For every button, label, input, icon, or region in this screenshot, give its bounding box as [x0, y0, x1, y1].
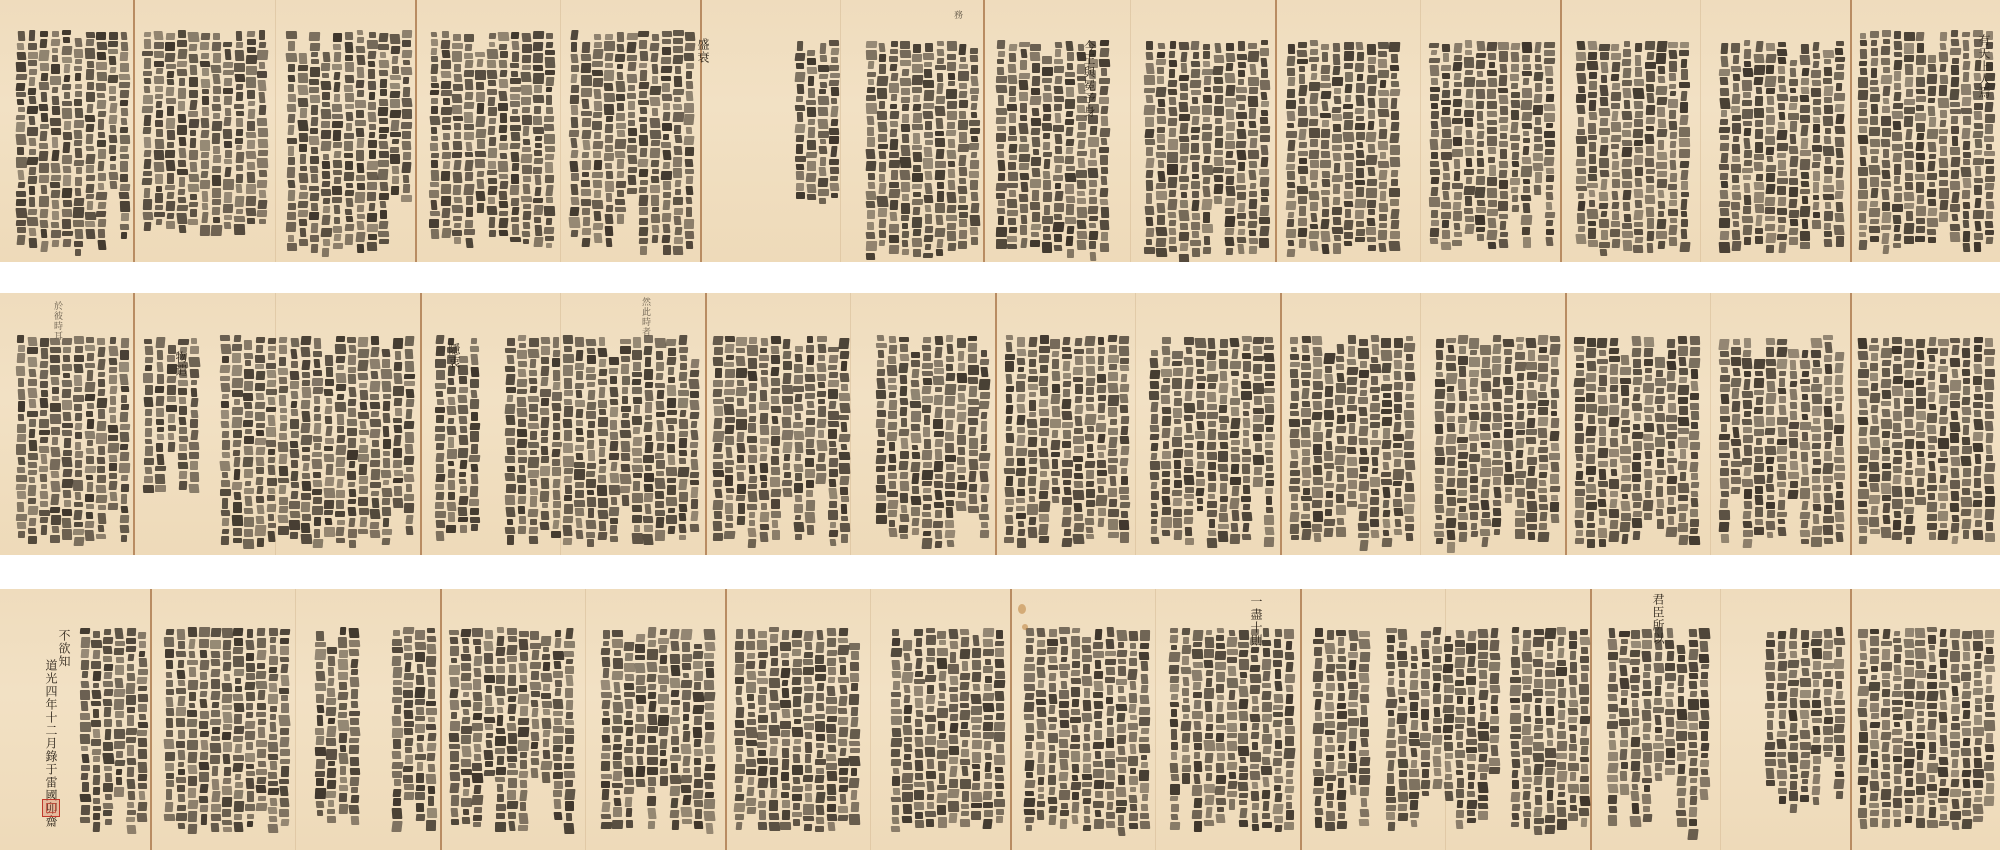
text-column: [805, 336, 816, 537]
text-column: [946, 41, 957, 252]
text-column: [39, 338, 50, 538]
text-column: [1343, 42, 1354, 249]
text-column: [658, 629, 669, 788]
text-column: [404, 336, 415, 537]
text-column: [177, 30, 188, 235]
text-column: [1093, 629, 1104, 831]
text-column: [968, 336, 979, 515]
text-column: [889, 41, 900, 256]
text-column: [461, 629, 472, 826]
text-column: [1666, 339, 1677, 540]
text-column: [1446, 338, 1457, 555]
text-column: [1510, 627, 1521, 829]
column-heading: 今王與冕予身: [1083, 40, 1095, 118]
text-column: [1019, 42, 1030, 250]
text-column: [1336, 630, 1347, 831]
text-column: [1858, 338, 1869, 546]
marginal-note: 然此時者: [640, 297, 649, 337]
text-column: [1347, 335, 1358, 508]
text-column: [806, 50, 817, 202]
text-column: [666, 339, 677, 536]
text-column: [724, 336, 735, 541]
text-column: [137, 632, 148, 824]
text-column: [956, 338, 967, 513]
text-column: [1742, 40, 1753, 247]
text-column: [1904, 628, 1915, 825]
text-column: [1607, 628, 1618, 828]
text-column: [188, 32, 199, 227]
text-column: [684, 32, 695, 252]
text-column: [50, 31, 61, 249]
text-column: [1881, 338, 1892, 539]
text-column: [415, 630, 426, 823]
text-column: [164, 629, 175, 822]
text-column: [1904, 32, 1915, 246]
text-column: [704, 629, 715, 835]
text-column: [1218, 339, 1229, 544]
text-column: [232, 335, 243, 545]
text-column: [1181, 628, 1192, 786]
text-column: [119, 338, 130, 544]
text-column: [1386, 628, 1397, 834]
text-column: [902, 640, 913, 825]
text-column: [1172, 351, 1183, 541]
text-column: [1678, 336, 1689, 546]
text-column: [1973, 337, 1984, 541]
text-column: [935, 41, 946, 258]
marginal-note: 於彼時耳: [52, 301, 61, 341]
text-column: [298, 53, 309, 248]
text-column: [1312, 336, 1323, 544]
text-column: [586, 339, 597, 549]
text-column: [505, 338, 516, 548]
text-column: [816, 336, 827, 486]
text-column: [849, 643, 860, 827]
text-column: [245, 629, 256, 829]
text-column: [757, 631, 768, 832]
text-column: [1039, 335, 1050, 546]
text-column: [312, 338, 323, 550]
panel-fold: [560, 0, 561, 262]
text-column: [1521, 42, 1532, 249]
text-column: [1443, 636, 1454, 803]
panel-seam: [1850, 589, 1852, 850]
text-column: [472, 628, 483, 830]
text-column: [1179, 42, 1190, 262]
text-column: [747, 337, 758, 550]
text-column: [1533, 629, 1544, 837]
panel-seam: [1560, 0, 1562, 262]
text-column: [1248, 43, 1259, 255]
text-column: [910, 352, 921, 538]
text-column: [1973, 630, 1984, 824]
text-column: [1355, 42, 1366, 245]
text-column: [1480, 345, 1491, 549]
text-column: [62, 30, 73, 248]
text-column: [378, 33, 389, 247]
text-column: [367, 32, 378, 254]
text-column: [1645, 41, 1656, 255]
text-column: [1469, 338, 1480, 539]
text-column: [1195, 338, 1206, 513]
text-column: [866, 41, 877, 262]
text-column: [1161, 337, 1172, 538]
text-column: [85, 337, 96, 543]
text-column: [551, 337, 562, 540]
text-column: [1719, 43, 1730, 254]
text-column: [891, 629, 902, 834]
text-column: [1042, 56, 1053, 255]
text-column: [1610, 44, 1621, 250]
text-column: [1630, 630, 1641, 829]
text-column: [1213, 43, 1224, 206]
text-column: [612, 630, 623, 831]
text-column: [1397, 629, 1408, 823]
text-column: [73, 38, 84, 258]
text-column: [233, 628, 244, 834]
text-column: [1466, 631, 1477, 825]
text-column: [564, 628, 575, 836]
text-column: [1811, 631, 1822, 807]
text-column: [876, 335, 887, 526]
panel-seam: [995, 293, 997, 555]
text-column: [818, 43, 829, 206]
text-column: [1324, 353, 1335, 539]
text-column: [887, 336, 898, 539]
text-column: [609, 357, 620, 543]
text-column: [1731, 339, 1742, 496]
text-column: [165, 33, 176, 232]
text-column: [222, 628, 233, 834]
text-column: [829, 40, 840, 200]
column-heading: 君臣所以: [1652, 593, 1664, 645]
text-column: [983, 628, 994, 831]
text-column: [321, 52, 332, 259]
text-column: [1475, 41, 1486, 244]
panel-fold: [295, 589, 296, 850]
text-column: [1800, 630, 1811, 804]
text-column: [1765, 632, 1776, 789]
row-separator: [0, 555, 2000, 589]
text-column: [1823, 629, 1834, 759]
text-column: [1961, 631, 1972, 831]
text-column: [1568, 631, 1579, 824]
text-column: [958, 44, 969, 251]
text-column: [358, 337, 369, 536]
text-column: [899, 337, 910, 542]
panel-seam: [415, 0, 417, 262]
text-column: [1556, 627, 1567, 832]
column-heading: 不欲知: [58, 629, 70, 668]
text-column: [1538, 335, 1549, 544]
text-column: [278, 337, 289, 536]
text-column: [615, 32, 626, 226]
panel-seam: [1850, 0, 1852, 262]
text-column: [39, 31, 50, 254]
text-column: [1927, 627, 1938, 830]
text-column: [393, 338, 404, 510]
text-column: [912, 44, 923, 259]
text-column: [1823, 335, 1834, 546]
text-column: [948, 629, 959, 825]
text-column: [925, 628, 936, 829]
text-column: [638, 31, 649, 257]
text-column: [900, 41, 911, 257]
panel-fold: [275, 0, 276, 262]
text-column: [1225, 43, 1236, 257]
panel-seam: [705, 293, 707, 555]
text-column: [1869, 31, 1880, 243]
text-column: [1984, 338, 1995, 544]
text-column: [736, 337, 747, 526]
paper-stain: [1018, 604, 1026, 614]
panel-seam: [1275, 0, 1277, 262]
text-column: [370, 336, 381, 540]
text-column: [1742, 338, 1753, 550]
text-column: [1301, 336, 1312, 542]
text-column: [1858, 629, 1869, 831]
text-column: [256, 628, 267, 813]
text-column: [126, 628, 137, 836]
text-column: [1823, 50, 1834, 249]
text-column: [510, 32, 521, 244]
text-column: [1549, 336, 1560, 525]
text-column: [770, 336, 781, 542]
row-separator: [0, 262, 2000, 293]
text-column: [1478, 629, 1489, 822]
column-heading: 有天上人焉: [1978, 34, 1990, 99]
text-column: [792, 630, 803, 828]
text-column: [1030, 44, 1041, 249]
text-column: [458, 356, 469, 534]
text-column: [1378, 42, 1389, 254]
text-column: [1938, 629, 1949, 829]
text-column: [574, 337, 585, 541]
text-column: [1215, 628, 1226, 825]
text-column: [1393, 338, 1404, 537]
text-column: [933, 336, 944, 550]
text-column: [1073, 338, 1084, 545]
text-column: [971, 635, 982, 821]
text-column: [96, 32, 107, 253]
column-heading: 隱衷: [448, 343, 460, 369]
text-column: [1105, 627, 1116, 830]
text-column: [484, 630, 495, 778]
text-column: [324, 355, 335, 540]
text-column: [475, 52, 486, 215]
text-column: [1892, 31, 1903, 251]
text-column: [16, 335, 27, 541]
text-column: [1230, 338, 1241, 546]
text-column: [1777, 631, 1788, 807]
text-column: [1927, 55, 1938, 246]
text-column: [681, 629, 692, 826]
text-column: [286, 31, 297, 253]
text-column: [1144, 41, 1155, 256]
text-column: [1047, 629, 1058, 827]
text-column: [1457, 335, 1468, 543]
text-column: [734, 629, 745, 833]
text-column: [441, 31, 452, 240]
text-column: [1984, 630, 1995, 808]
text-column: [1085, 336, 1096, 541]
text-column: [1656, 41, 1667, 252]
text-column: [155, 337, 166, 494]
panel-seam: [983, 0, 985, 262]
panel-seam: [440, 589, 442, 850]
text-column: [1335, 344, 1346, 539]
text-column: [923, 43, 934, 260]
text-column: [1498, 42, 1509, 251]
text-column: [85, 32, 96, 242]
text-column: [673, 30, 684, 257]
text-column: [969, 48, 980, 248]
text-column: [795, 41, 806, 201]
text-column: [1284, 629, 1295, 832]
text-column: [1004, 335, 1015, 545]
text-column: [1332, 43, 1343, 256]
text-column: [1062, 337, 1073, 549]
text-column: [581, 42, 592, 249]
text-column: [1139, 630, 1150, 831]
text-column: [289, 338, 300, 540]
text-column: [469, 338, 480, 533]
text-column: [1259, 40, 1270, 249]
text-column: [597, 337, 608, 543]
text-column: [119, 32, 130, 240]
text-column: [1441, 44, 1452, 252]
text-column: [1366, 44, 1377, 253]
text-column: [487, 33, 498, 239]
text-column: [563, 335, 574, 547]
text-column: [1788, 349, 1799, 501]
text-column: [429, 32, 440, 241]
text-column: [1313, 628, 1324, 830]
text-column: [1834, 41, 1845, 249]
text-column: [1128, 631, 1139, 831]
text-column: [1489, 628, 1500, 776]
text-column: [1938, 339, 1949, 542]
text-column: [108, 337, 119, 512]
text-column: [1389, 42, 1400, 252]
column-heading: 物遣: [175, 351, 187, 377]
text-column: [1834, 352, 1845, 544]
panel-fold: [850, 293, 851, 555]
text-column: [1503, 339, 1514, 505]
text-column: [1858, 33, 1869, 252]
text-column: [635, 634, 646, 789]
text-column: [1869, 629, 1880, 830]
text-column: [507, 628, 518, 833]
panel-fold: [1420, 0, 1421, 262]
text-column: [1587, 41, 1598, 250]
text-column: [392, 630, 403, 834]
text-column: [601, 630, 612, 830]
text-column: [1765, 338, 1776, 541]
text-column: [1464, 40, 1475, 236]
text-column: [877, 43, 888, 248]
text-column: [1961, 32, 1972, 254]
text-column: [1731, 43, 1742, 253]
text-column: [189, 338, 200, 495]
text-column: [592, 34, 603, 244]
text-column: [1119, 336, 1130, 545]
text-column: [1777, 42, 1788, 255]
text-column: [1522, 630, 1533, 832]
text-column: [1320, 44, 1331, 256]
text-column: [803, 631, 814, 833]
text-column: [937, 631, 948, 830]
text-column: [1348, 630, 1359, 797]
text-column: [1409, 646, 1420, 830]
text-column: [1579, 629, 1590, 829]
text-column: [793, 346, 804, 541]
panel-fold: [1155, 589, 1156, 850]
text-column: [27, 337, 38, 546]
text-column: [661, 31, 672, 257]
text-column: [464, 34, 475, 250]
text-column: [655, 338, 666, 542]
text-column: [1642, 629, 1653, 824]
text-column: [647, 627, 658, 830]
text-column: [426, 628, 437, 832]
text-column: [355, 30, 366, 254]
text-column: [495, 627, 506, 833]
text-column: [1915, 339, 1926, 507]
text-column: [914, 629, 925, 830]
text-column: [1811, 42, 1822, 231]
text-column: [1264, 337, 1275, 548]
text-column: [390, 34, 401, 197]
text-column: [1487, 42, 1498, 250]
text-column: [344, 32, 355, 246]
panel-fold: [585, 589, 586, 850]
text-column: [1881, 629, 1892, 830]
text-column: [1620, 355, 1631, 546]
text-column: [1632, 336, 1643, 542]
text-column: [1950, 338, 1961, 545]
text-column: [1167, 41, 1178, 255]
text-column: [257, 30, 268, 226]
text-column: [246, 31, 257, 225]
panel-fold: [1700, 0, 1701, 262]
text-column: [1192, 630, 1203, 834]
text-column: [1533, 42, 1544, 197]
text-column: [1950, 629, 1961, 832]
text-column: [347, 337, 358, 550]
panel-fold: [1710, 293, 1711, 555]
text-column: [553, 630, 564, 822]
text-column: [1370, 335, 1381, 540]
text-column: [1404, 336, 1415, 544]
text-column: [713, 336, 724, 543]
text-column: [1676, 645, 1687, 829]
panel-seam: [1565, 293, 1567, 555]
text-column: [1250, 629, 1261, 833]
text-column: [338, 627, 349, 816]
text-column: [16, 31, 27, 248]
text-column: [1207, 338, 1218, 550]
text-column: [335, 336, 346, 546]
text-column: [1800, 44, 1811, 251]
text-column: [1869, 338, 1880, 537]
text-column: [309, 32, 320, 256]
text-column: [670, 629, 681, 832]
text-column: [1241, 336, 1252, 542]
text-column: [1325, 630, 1336, 833]
text-column: [826, 628, 837, 833]
text-column: [1526, 338, 1537, 542]
